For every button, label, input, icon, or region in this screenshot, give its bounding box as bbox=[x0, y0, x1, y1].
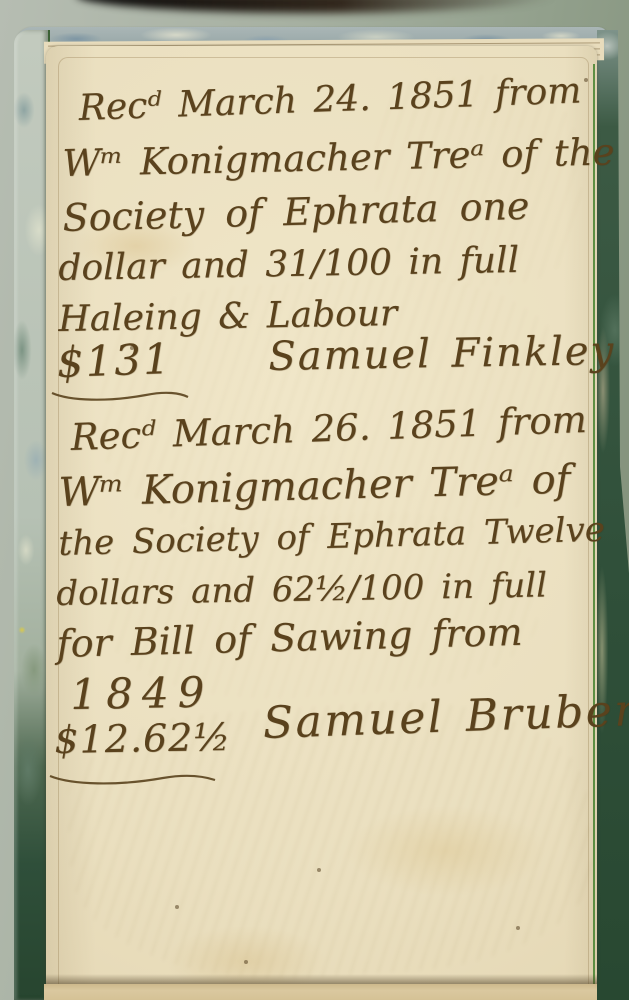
scanned-receipt-book-photo: Recᵈ March 24. 1851 from Wᵐ Konigmacher … bbox=[0, 0, 629, 1000]
entry2-line1: Recᵈ March 26. 1851 from bbox=[70, 398, 587, 459]
entry2-line2: Wᵐ Konigmacher Treᵃ of bbox=[58, 457, 571, 516]
entry2-year-line: 1849 bbox=[70, 668, 214, 719]
entry2-amount-underline-flourish bbox=[48, 768, 218, 788]
entry1-signature: Samuel Finkley bbox=[268, 328, 615, 380]
entry2-amount: $12.62½ bbox=[54, 715, 232, 762]
entry2-line4: dollars and 62½/100 in full bbox=[56, 565, 547, 614]
entry1-line2: Wᵐ Konigmacher Treᵃ of the bbox=[62, 130, 615, 185]
handwriting-layer: Recᵈ March 24. 1851 from Wᵐ Konigmacher … bbox=[0, 0, 629, 1000]
entry1-amount-underline-flourish bbox=[50, 386, 190, 404]
entry1-line3: Society of Ephrata one bbox=[62, 184, 530, 240]
entry2-signature: Samuel Bruber bbox=[262, 685, 629, 749]
entry1-amount: $131 bbox=[56, 334, 173, 387]
entry1-line4: dollar and 31/100 in full bbox=[58, 240, 519, 289]
entry1-line1: Recᵈ March 24. 1851 from bbox=[78, 70, 582, 129]
entry2-line3: the Society of Ephrata Twelve bbox=[58, 510, 605, 564]
entry2-line5: for Bill of Sawing from bbox=[56, 610, 523, 666]
